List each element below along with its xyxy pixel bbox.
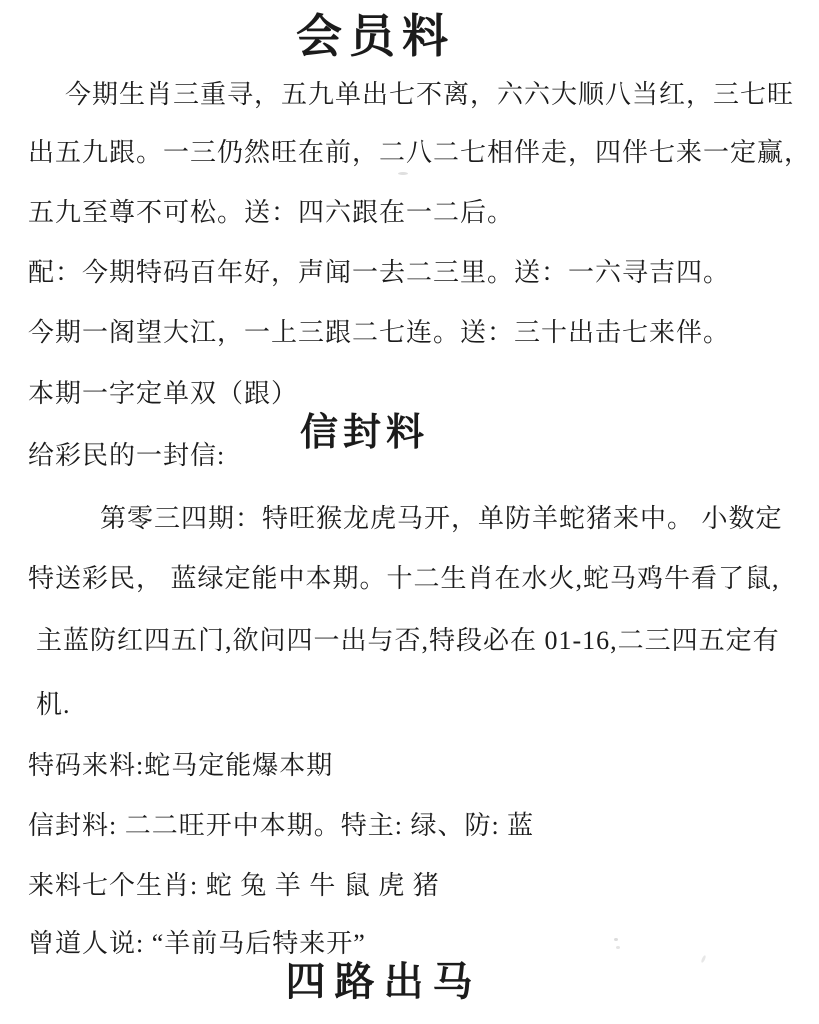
member-paragraph-line: 今期一阁望大江，一上三跟二七连。送：三十出击七来伴。 [28,317,730,349]
scan-artifact [616,946,620,949]
member-paragraph-line: 今期生肖三重寻，五九单出七不离，六六大顺八当红，三七旺 [65,79,794,111]
member-paragraph-line: 五九至尊不可松。送：四六跟在一二后。 [28,197,514,229]
envelope-paragraph-line: 特送彩民， 蓝绿定能中本期。十二生肖在水火,蛇马鸡牛看了鼠, [28,563,780,595]
envelope-paragraph-line: 机. [36,689,71,721]
member-paragraph-line: 配：今期特码百年好，声闻一去二三里。送：一六寻吉四。 [28,257,730,289]
letter-to-bettors-label: 给彩民的一封信: [28,440,225,472]
scan-artifact [614,938,618,941]
heading-four-roads: 四路出马 [0,960,793,1004]
heading-envelope-material: 信封料 [300,412,429,456]
seven-zodiac-tip-line: 来料七个生肖: 蛇 兔 羊 牛 鼠 虎 猪 [28,870,440,902]
envelope-paragraph-line: 第零三四期：特旺猴龙虎马开，单防羊蛇猪来中。 小数定 [100,503,783,535]
scan-artifact [398,172,408,175]
envelope-paragraph-line: 主蓝防红四五门,欲问四一出与否,特段必在 01-16,二三四五定有 [36,625,780,657]
zengdaoren-quote-line: 曾道人说: “羊前马后特来开” [28,928,366,960]
member-paragraph-line: 本期一字定单双（跟） [28,378,298,410]
document-page: 会员料 今期生肖三重寻，五九单出七不离，六六大顺八当红，三七旺 出五九跟。一三仍… [0,0,819,1024]
envelope-tip-line: 信封料: 二二旺开中本期。特主: 绿、防: 蓝 [28,810,534,842]
member-paragraph-line: 出五九跟。一三仍然旺在前，二八二七相伴走，四伴七来一定赢， [28,137,811,169]
heading-member-material: 会员料 [0,12,785,63]
special-code-tip-line: 特码来料:蛇马定能爆本期 [28,750,333,782]
